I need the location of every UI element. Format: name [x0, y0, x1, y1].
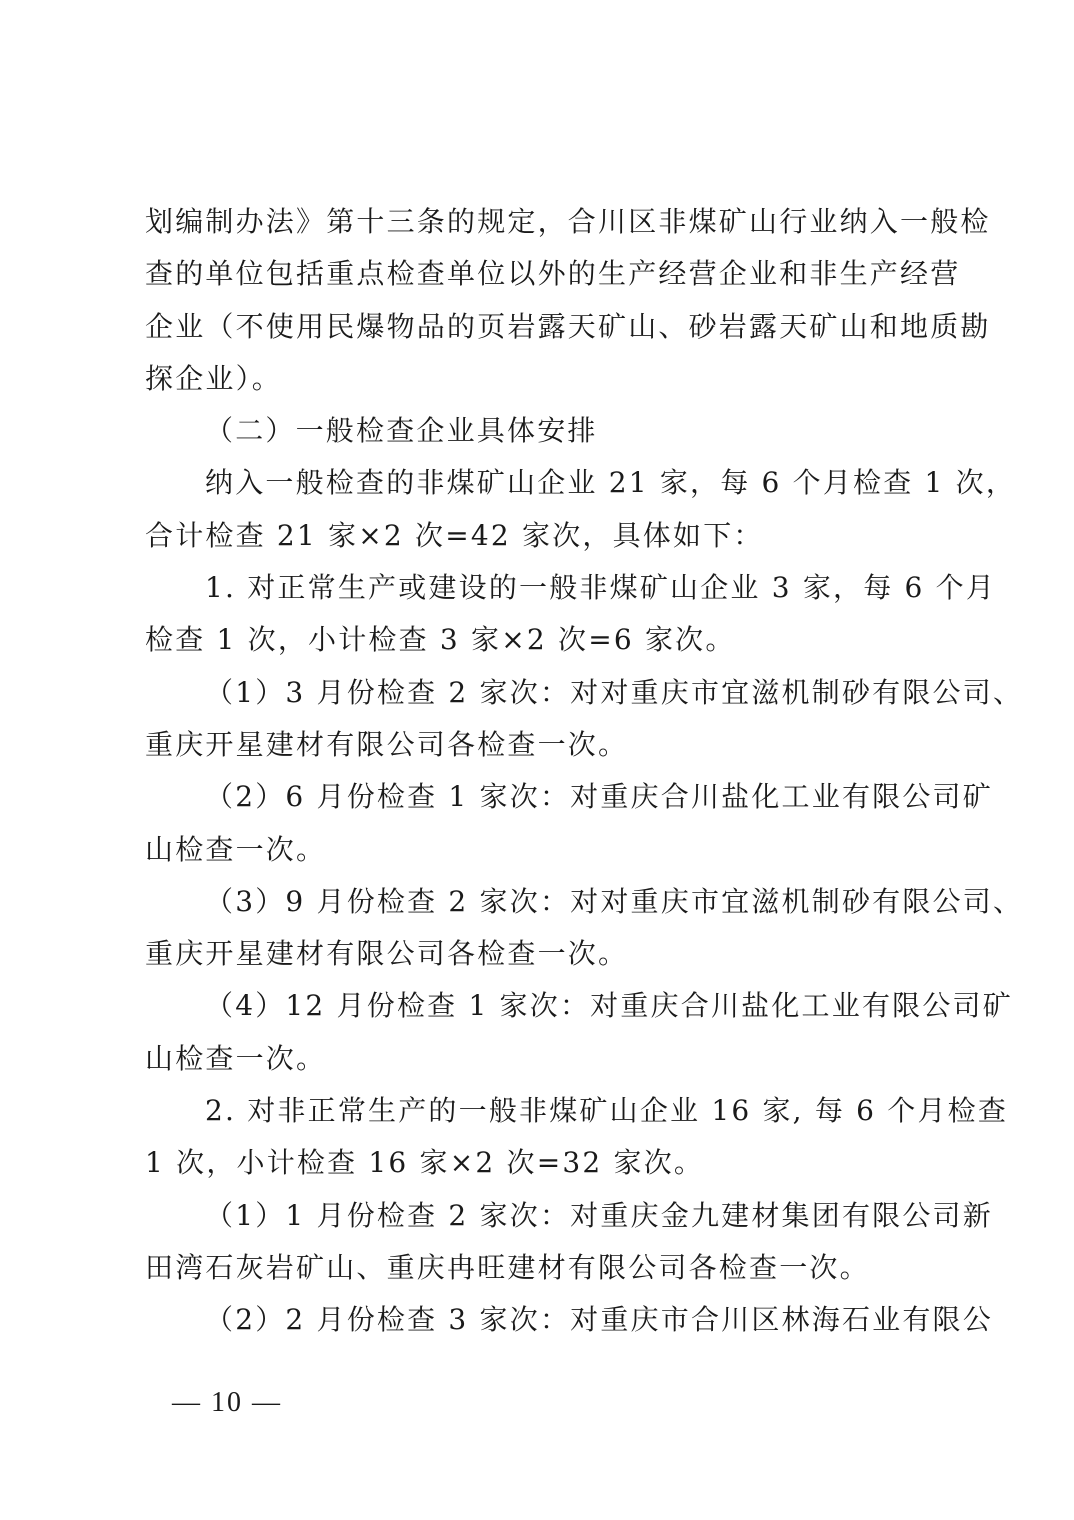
list-item-2: 2. 对非正常生产的一般非煤矿山企业 16 家, 每 6 个月检查 1 次，小计…	[145, 1085, 942, 1190]
text-line: （1）3 月份检查 2 家次：对对重庆市宜滋机制砂有限公司、	[145, 667, 942, 719]
text-line: （2）6 月份检查 1 家次：对重庆合川盐化工业有限公司矿	[145, 771, 942, 823]
text-line: 划编制办法》第十三条的规定，合川区非煤矿山行业纳入一般检	[145, 196, 942, 248]
text-line: 检查 1 次，小计检查 3 家×2 次=6 家次。	[145, 614, 942, 666]
text-line: 田湾石灰岩矿山、重庆冉旺建材有限公司各检查一次。	[145, 1242, 942, 1294]
list-item-1-sub-2: （2）6 月份检查 1 家次：对重庆合川盐化工业有限公司矿 山检查一次。	[145, 771, 942, 876]
text-line: （3）9 月份检查 2 家次：对对重庆市宜滋机制砂有限公司、	[145, 876, 942, 928]
list-item-2-sub-2: （2）2 月份检查 3 家次：对重庆市合川区林海石业有限公	[145, 1294, 942, 1346]
text-line: 合计检查 21 家×2 次=42 家次，具体如下：	[145, 510, 942, 562]
page-number: — 10 —	[172, 1387, 282, 1419]
text-line: 企业（不使用民爆物品的页岩露天矿山、砂岩露天矿山和地质勘	[145, 301, 942, 353]
list-item-1-sub-3: （3）9 月份检查 2 家次：对对重庆市宜滋机制砂有限公司、 重庆开星建材有限公…	[145, 876, 942, 981]
paragraph-summary: 纳入一般检查的非煤矿山企业 21 家，每 6 个月检查 1 次， 合计检查 21…	[145, 457, 942, 562]
text-line: （2）2 月份检查 3 家次：对重庆市合川区林海石业有限公	[145, 1294, 942, 1346]
text-line: 查的单位包括重点检查单位以外的生产经营企业和非生产经营	[145, 248, 942, 300]
list-item-1: 1. 对正常生产或建设的一般非煤矿山企业 3 家，每 6 个月 检查 1 次，小…	[145, 562, 942, 667]
text-line: 山检查一次。	[145, 1033, 942, 1085]
list-item-2-sub-1: （1）1 月份检查 2 家次：对重庆金九建材集团有限公司新 田湾石灰岩矿山、重庆…	[145, 1190, 942, 1295]
text-line: （4）12 月份检查 1 家次：对重庆合川盐化工业有限公司矿	[145, 980, 942, 1032]
list-item-1-sub-4: （4）12 月份检查 1 家次：对重庆合川盐化工业有限公司矿 山检查一次。	[145, 980, 942, 1085]
heading-text: （二）一般检查企业具体安排	[145, 405, 942, 457]
document-body: 划编制办法》第十三条的规定，合川区非煤矿山行业纳入一般检 查的单位包括重点检查单…	[145, 196, 942, 1347]
text-line: 探企业）。	[145, 353, 942, 405]
text-line: 1. 对正常生产或建设的一般非煤矿山企业 3 家，每 6 个月	[145, 562, 942, 614]
list-item-1-sub-1: （1）3 月份检查 2 家次：对对重庆市宜滋机制砂有限公司、 重庆开星建材有限公…	[145, 667, 942, 772]
text-line: 2. 对非正常生产的一般非煤矿山企业 16 家, 每 6 个月检查	[145, 1085, 942, 1137]
text-line: 重庆开星建材有限公司各检查一次。	[145, 928, 942, 980]
text-line: （1）1 月份检查 2 家次：对重庆金九建材集团有限公司新	[145, 1190, 942, 1242]
text-line: 1 次，小计检查 16 家×2 次=32 家次。	[145, 1137, 942, 1189]
section-heading: （二）一般检查企业具体安排	[145, 405, 942, 457]
text-line: 纳入一般检查的非煤矿山企业 21 家，每 6 个月检查 1 次，	[145, 457, 942, 509]
text-line: 山检查一次。	[145, 824, 942, 876]
paragraph-intro-continuation: 划编制办法》第十三条的规定，合川区非煤矿山行业纳入一般检 查的单位包括重点检查单…	[145, 196, 942, 405]
text-line: 重庆开星建材有限公司各检查一次。	[145, 719, 942, 771]
